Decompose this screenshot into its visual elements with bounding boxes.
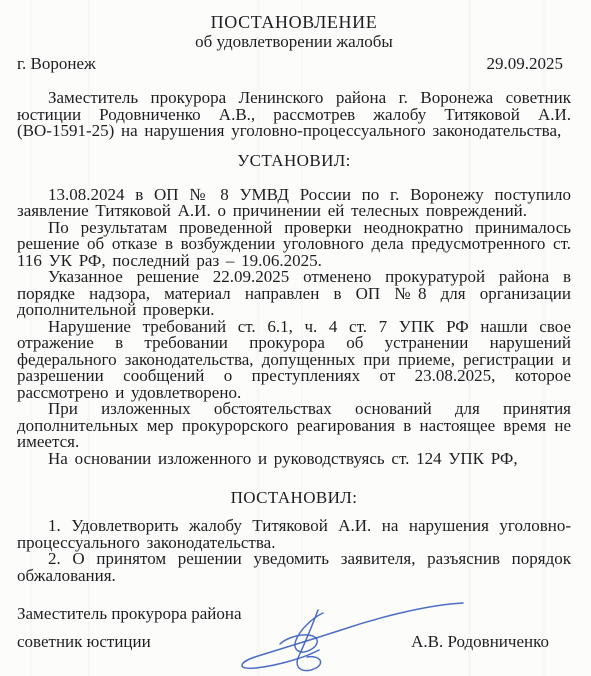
- document-subtitle: об удовлетворении жалобы: [17, 33, 571, 50]
- signature-block: Заместитель прокурора района советник юс…: [17, 606, 571, 650]
- resolved-heading: ПОСТАНОВИЛ:: [17, 489, 571, 506]
- established-paragraph: На основании изложенного и руководствуяс…: [17, 451, 571, 468]
- established-paragraph: При изложенных обстоятельствах оснований…: [17, 401, 571, 451]
- signer-name: А.В. Родовниченко: [411, 634, 549, 651]
- established-paragraph: По результатам проведенной проверки неод…: [17, 220, 571, 270]
- intro-paragraph: Заместитель прокурора Ленинского района …: [17, 90, 571, 140]
- signer-position-line2: советник юстиции: [17, 634, 151, 651]
- signer-row: советник юстиции А.В. Родовниченко: [17, 634, 571, 651]
- document-page: ПОСТАНОВЛЕНИЕ об удовлетворении жалобы г…: [0, 0, 591, 676]
- established-heading: УСТАНОВИЛ:: [17, 152, 571, 169]
- document-title: ПОСТАНОВЛЕНИЕ: [17, 13, 571, 32]
- resolved-item: 1. Удовлетворить жалобу Титяковой А.И. н…: [17, 518, 571, 551]
- signer-position-line1: Заместитель прокурора района: [17, 606, 571, 623]
- established-paragraph: Нарушение требований ст. 6.1, ч. 4 ст. 7…: [17, 319, 571, 402]
- document-city: г. Воронеж: [17, 55, 96, 72]
- resolved-item: 2. О принятом решении уведомить заявител…: [17, 551, 571, 584]
- place-date-row: г. Воронеж 29.09.2025: [17, 55, 571, 72]
- established-paragraph: 13.08.2024 в ОП № 8 УМВД России по г. Во…: [17, 187, 571, 220]
- established-paragraph: Указанное решение 22.09.2025 отменено пр…: [17, 269, 571, 319]
- document-date: 29.09.2025: [487, 55, 564, 72]
